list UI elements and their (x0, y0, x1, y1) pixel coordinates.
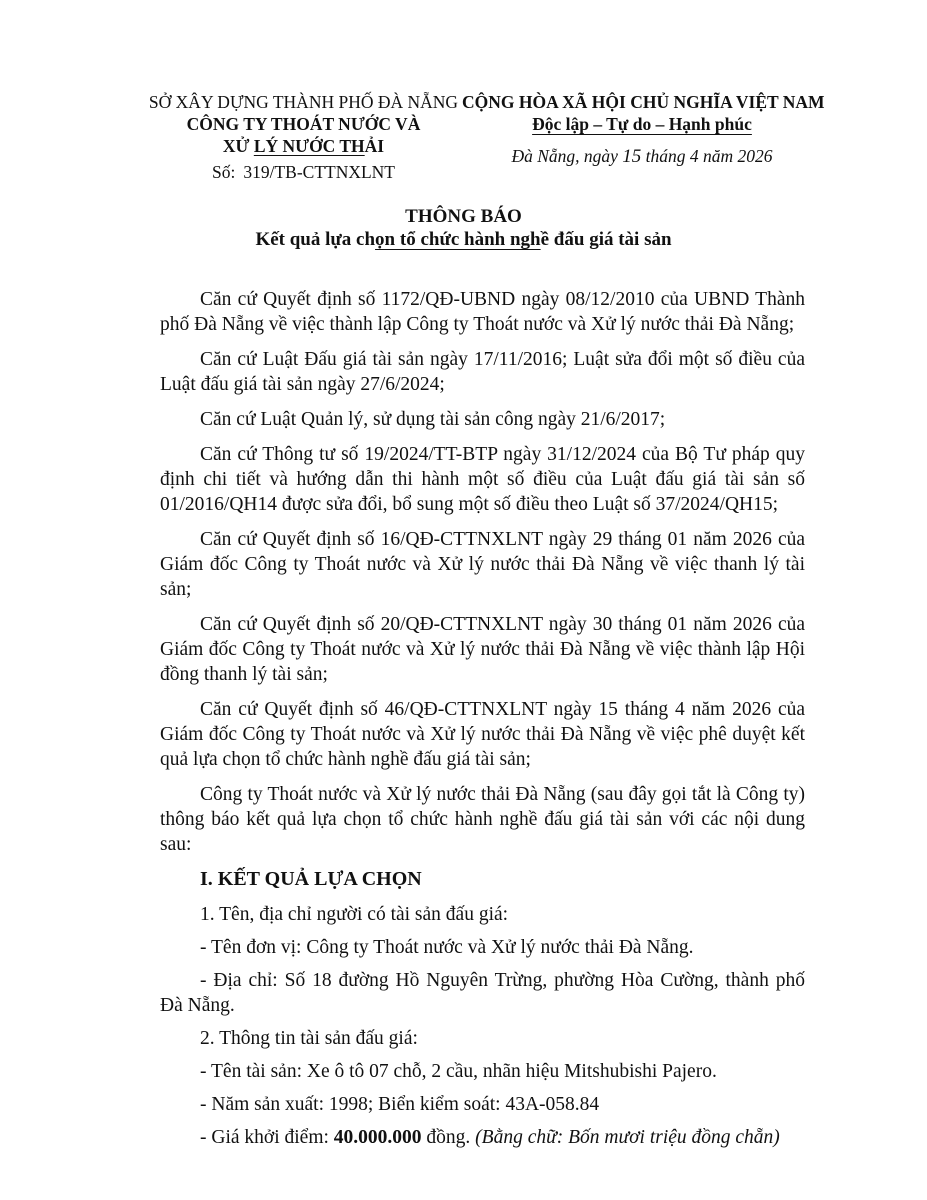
price-value: 40.000.000 (334, 1127, 422, 1148)
legal-basis-5: Căn cứ Quyết định số 16/QĐ-CTTNXLNT ngày… (160, 527, 805, 602)
national-motto-text: Độc lập – Tự do – Hạnh phúc (532, 114, 752, 134)
date-month: 4 (690, 146, 699, 166)
parent-organization: SỞ XÂY DỰNG THÀNH PHỐ ĐÀ NẴNG (126, 91, 481, 113)
date-day: 15 (622, 146, 641, 167)
document-subtitle: Kết quả lựa chọn tổ chức hành nghề đấu g… (100, 228, 827, 252)
company-name-underlined: LÝ NƯỚC TH (254, 136, 365, 156)
legal-basis-6: Căn cứ Quyết định số 20/QĐ-CTTNXLNT ngày… (160, 612, 805, 687)
asset-heading: 2. Thông tin tài sản đấu giá: (160, 1026, 805, 1051)
document-number-label: Số: (212, 162, 235, 182)
date-month-label: tháng (641, 146, 690, 166)
company-name-line2-prefix: XỬ (223, 136, 254, 156)
company-name-line2: XỬ LÝ NƯỚC THẢI (126, 135, 481, 157)
legal-basis-4: Căn cứ Thông tư số 19/2024/TT-BTP ngày 3… (160, 442, 805, 517)
legal-basis-1: Căn cứ Quyết định số 1172/QĐ-UBND ngày 0… (160, 287, 805, 337)
owner-heading: 1. Tên, địa chỉ người có tài sản đấu giá… (160, 902, 805, 927)
issue-date: Đà Nẵng, ngày 15 tháng 4 năm 2026 (462, 145, 822, 168)
legal-basis-3: Căn cứ Luật Quản lý, sử dụng tài sản côn… (160, 407, 805, 432)
legal-basis-7: Căn cứ Quyết định số 46/QĐ-CTTNXLNT ngày… (160, 697, 805, 772)
subtitle-suffix: ề đấu giá tài sản (541, 229, 672, 250)
subtitle-underlined: ọn tổ chức hành ngh (375, 229, 541, 250)
company-name-line1: CÔNG TY THOÁT NƯỚC VÀ (126, 113, 481, 135)
date-year-label: năm (699, 146, 738, 166)
date-year: 2026 (738, 146, 773, 166)
document-page: SỞ XÂY DỰNG THÀNH PHỐ ĐÀ NẴNG CÔNG TY TH… (0, 0, 927, 1200)
document-title-block: THÔNG BÁO Kết quả lựa chọn tổ chức hành … (100, 205, 827, 252)
asset-year-plate: - Năm sản xuất: 1998; Biển kiểm soát: 43… (160, 1092, 805, 1117)
legal-basis-2: Căn cứ Luật Đấu giá tài sản ngày 17/11/2… (160, 347, 805, 397)
national-motto: Độc lập – Tự do – Hạnh phúc (462, 113, 822, 135)
price-label: - Giá khởi điểm: (200, 1127, 334, 1148)
date-prefix: Đà Nẵng, ngày (511, 146, 622, 166)
document-number: Số:319/TB-CTTNXLNT (126, 161, 481, 183)
asset-starting-price: - Giá khởi điểm: 40.000.000 đồng. (Bằng … (160, 1125, 805, 1150)
document-title: THÔNG BÁO (100, 205, 827, 228)
issuing-authority-block: SỞ XÂY DỰNG THÀNH PHỐ ĐÀ NẴNG CÔNG TY TH… (126, 91, 481, 183)
document-number-value: 319/TB-CTTNXLNT (243, 162, 395, 182)
intro-paragraph: Công ty Thoát nước và Xử lý nước thải Đà… (160, 782, 805, 857)
price-unit: đồng. (422, 1127, 476, 1148)
price-in-words: (Bằng chữ: Bốn mươi triệu đồng chẵn) (475, 1127, 780, 1148)
asset-name: - Tên tài sản: Xe ô tô 07 chỗ, 2 cầu, nh… (160, 1059, 805, 1084)
subtitle-prefix: Kết quả lựa ch (255, 229, 375, 250)
owner-name: - Tên đơn vị: Công ty Thoát nước và Xử l… (160, 935, 805, 960)
document-body: Căn cứ Quyết định số 1172/QĐ-UBND ngày 0… (160, 287, 805, 1158)
owner-address: - Địa chỉ: Số 18 đường Hồ Nguyên Trừng, … (160, 968, 805, 1018)
section-heading-results: I. KẾT QUẢ LỰA CHỌN (160, 867, 805, 892)
national-header-block: CỘNG HÒA XÃ HỘI CHỦ NGHĨA VIỆT NAM Độc l… (462, 91, 822, 168)
national-title: CỘNG HÒA XÃ HỘI CHỦ NGHĨA VIỆT NAM (462, 91, 822, 113)
company-name-line2-suffix: ẢI (365, 136, 384, 156)
